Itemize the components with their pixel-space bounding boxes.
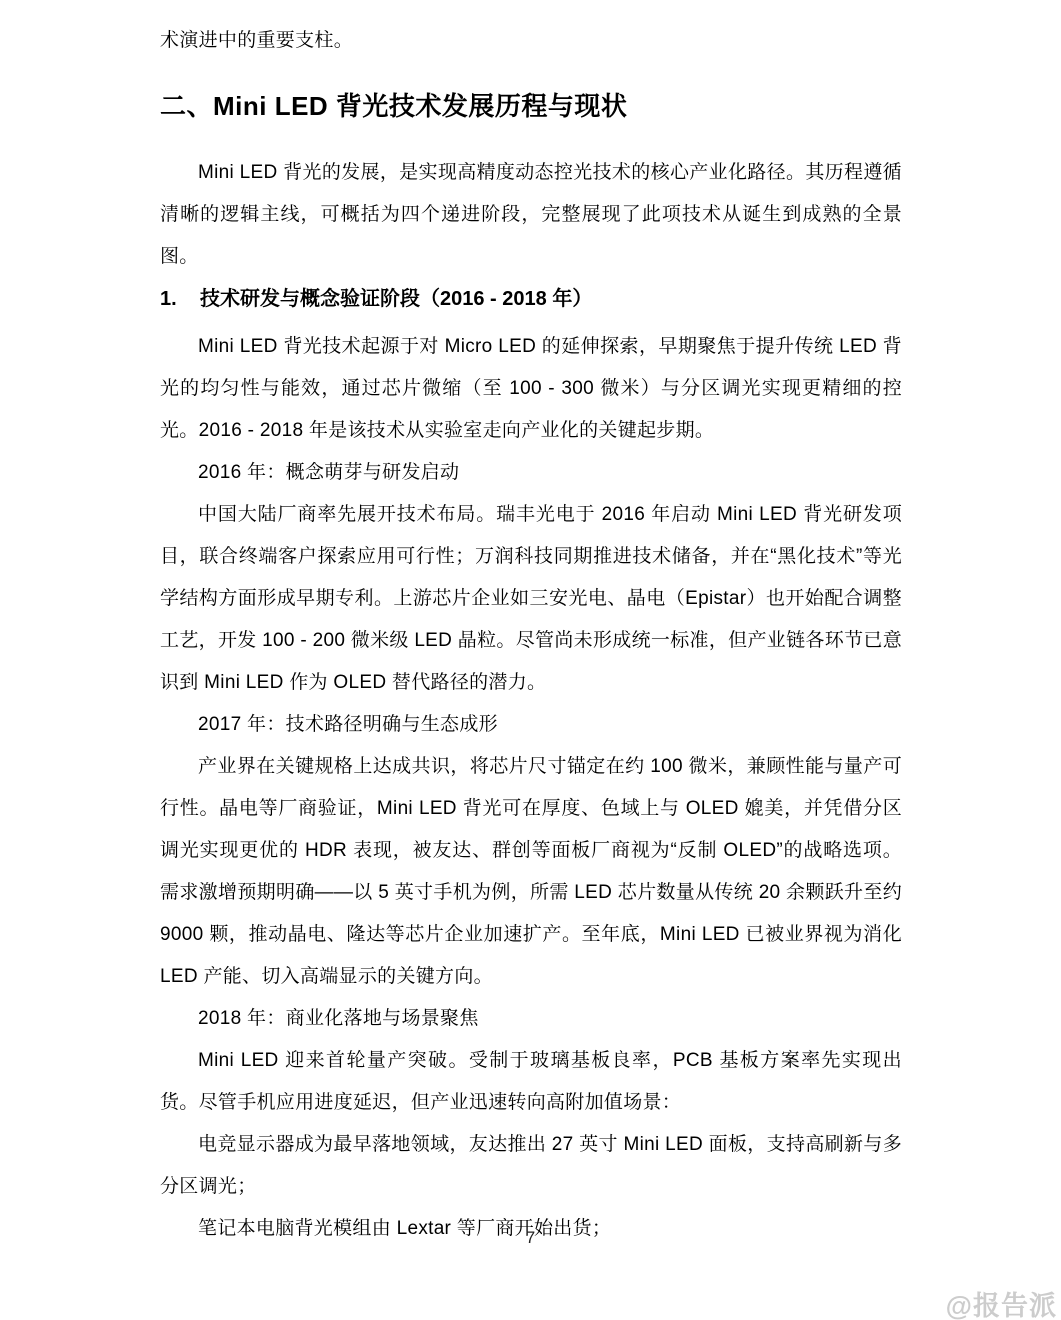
chapter-heading: 二、Mini LED 背光技术发展历程与现状 bbox=[160, 90, 902, 122]
page-footer: 7 bbox=[0, 1228, 1061, 1248]
watermark: @报告派 bbox=[946, 1284, 1057, 1320]
document-page: 术演进中的重要支柱。 二、Mini LED 背光技术发展历程与现状 Mini L… bbox=[0, 0, 1061, 1320]
page-number: 7 bbox=[526, 1228, 535, 1247]
milestone-title-2017: 2017 年：技术路径明确与生态成形 bbox=[160, 704, 902, 746]
milestone-2016-paragraph: 中国大陆厂商率先展开技术布局。瑞丰光电于 2016 年启动 Mini LED 背… bbox=[160, 494, 902, 704]
milestone-2018-bullet-monitor: 电竞显示器成为最早落地领域，友达推出 27 英寸 Mini LED 面板，支持高… bbox=[160, 1124, 902, 1208]
page-content: 术演进中的重要支柱。 二、Mini LED 背光技术发展历程与现状 Mini L… bbox=[160, 20, 902, 1250]
chapter-intro-paragraph: Mini LED 背光的发展，是实现高精度动态控光技术的核心产业化路径。其历程遵… bbox=[160, 152, 902, 278]
section-number: 1. bbox=[160, 284, 200, 314]
milestone-2017-paragraph: 产业界在关键规格上达成共识，将芯片尺寸锚定在约 100 微米，兼顾性能与量产可行… bbox=[160, 746, 902, 998]
section-intro-paragraph: Mini LED 背光技术起源于对 Micro LED 的延伸探索，早期聚焦于提… bbox=[160, 326, 902, 452]
milestone-title-2016: 2016 年：概念萌芽与研发启动 bbox=[160, 452, 902, 494]
section-title: 技术研发与概念验证阶段（2016 - 2018 年） bbox=[200, 288, 592, 310]
milestone-2018-paragraph: Mini LED 迎来首轮量产突破。受制于玻璃基板良率，PCB 基板方案率先实现… bbox=[160, 1040, 902, 1124]
continuation-paragraph: 术演进中的重要支柱。 bbox=[160, 20, 902, 62]
section-heading: 1.技术研发与概念验证阶段（2016 - 2018 年） bbox=[160, 284, 902, 314]
milestone-title-2018: 2018 年：商业化落地与场景聚焦 bbox=[160, 998, 902, 1040]
